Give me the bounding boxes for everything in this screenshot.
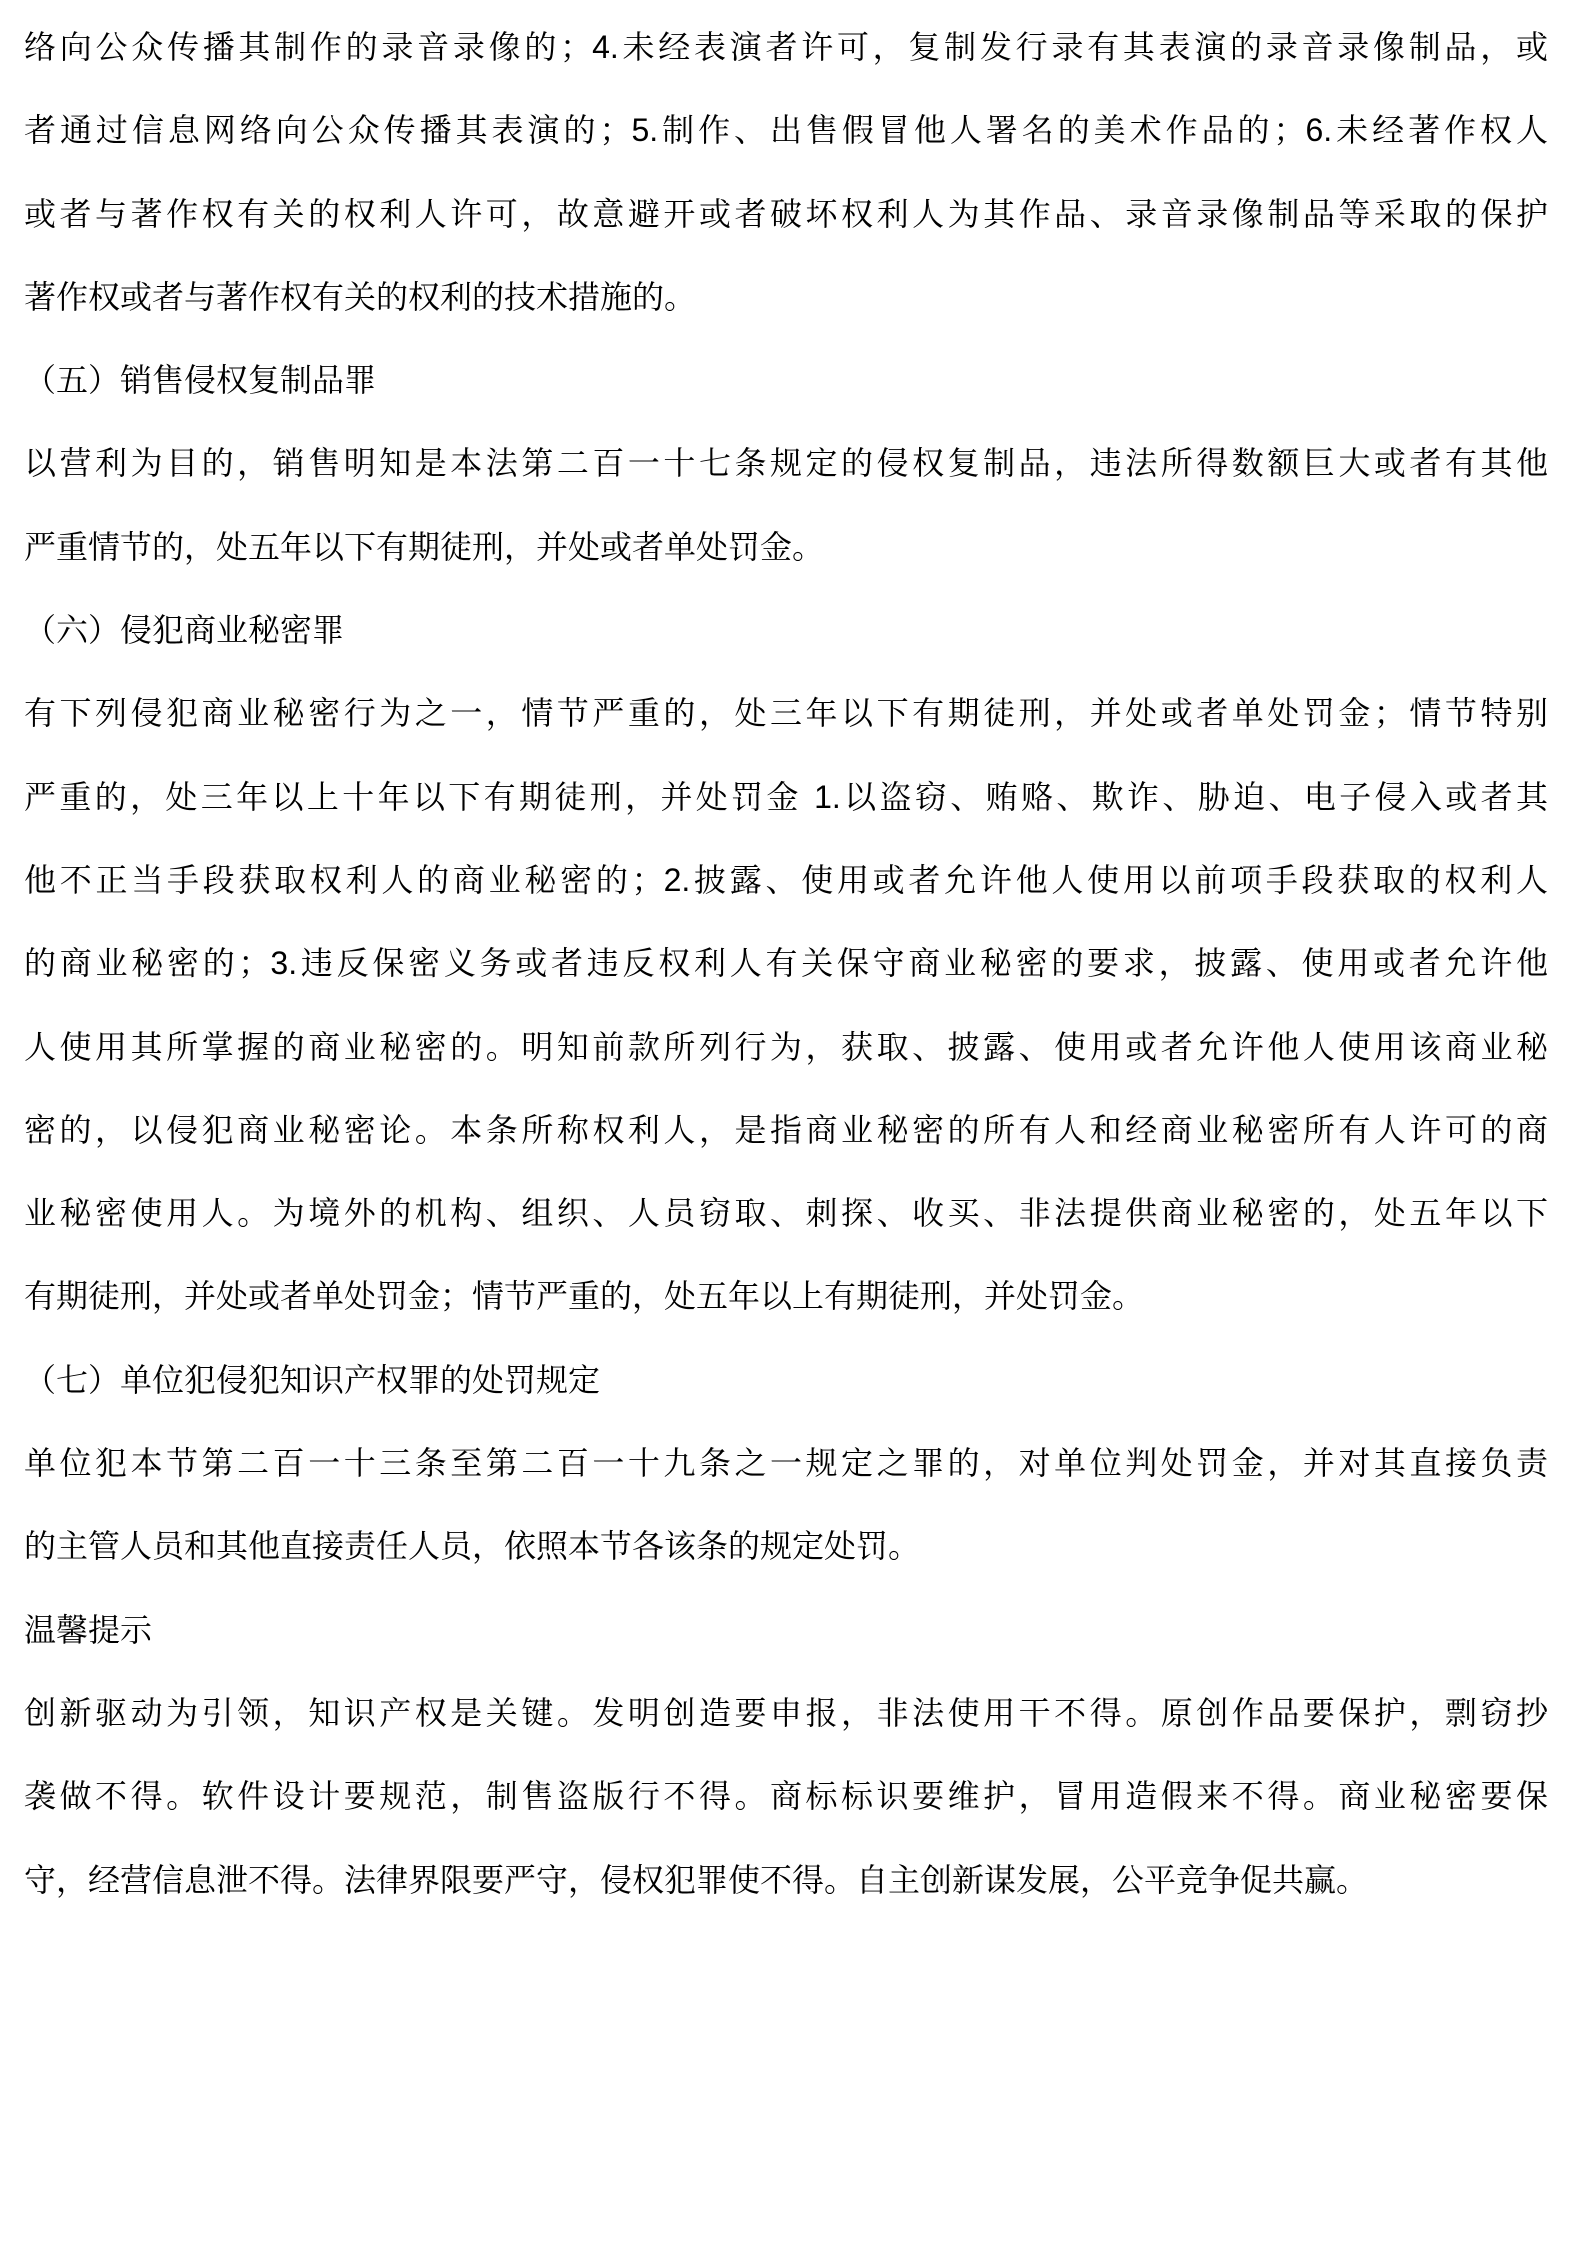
body-text-line: 人使用其所掌握的商业秘密的。明知前款所列行为，获取、披露、使用或者允许他人使用该… xyxy=(24,1006,1548,1089)
body-text-line: 的主管人员和其他直接责任人员，依照本节各该条的规定处罚。 xyxy=(24,1505,1548,1588)
body-text-line: 他不正当手段获取权利人的商业秘密的；2.披露、使用或者允许他人使用以前项手段获取… xyxy=(24,839,1548,922)
body-text-line: 有期徒刑，并处或者单处罚金；情节严重的，处五年以上有期徒刑，并处罚金。 xyxy=(24,1255,1548,1338)
body-text-line: 创新驱动为引领，知识产权是关键。发明创造要申报，非法使用干不得。原创作品要保护，… xyxy=(24,1672,1548,1755)
body-text-line: 严重的，处三年以上十年以下有期徒刑，并处罚金 1.以盗窃、贿赂、欺诈、胁迫、电子… xyxy=(24,756,1548,839)
body-text-line: 的商业秘密的；3.违反保密义务或者违反权利人有关保守商业秘密的要求，披露、使用或… xyxy=(24,922,1548,1005)
body-text-line: 者通过信息网络向公众传播其表演的；5.制作、出售假冒他人署名的美术作品的；6.未… xyxy=(24,89,1548,172)
body-text-line: 或者与著作权有关的权利人许可，故意避开或者破坏权利人为其作品、录音录像制品等采取… xyxy=(24,173,1548,256)
body-text-line: 袭做不得。软件设计要规范，制售盗版行不得。商标标识要维护，冒用造假来不得。商业秘… xyxy=(24,1755,1548,1838)
document-page: 络向公众传播其制作的录音录像的；4.未经表演者许可，复制发行录有其表演的录音录像… xyxy=(0,0,1587,2245)
body-text-line: 守，经营信息泄不得。法律界限要严守，侵权犯罪使不得。自主创新谋发展，公平竞争促共… xyxy=(24,1839,1548,1922)
heading-line: （五）销售侵权复制品罪 xyxy=(24,339,1548,422)
document-body: 络向公众传播其制作的录音录像的；4.未经表演者许可，复制发行录有其表演的录音录像… xyxy=(24,6,1548,1922)
body-text-line: 有下列侵犯商业秘密行为之一，情节严重的，处三年以下有期徒刑，并处或者单处罚金；情… xyxy=(24,672,1548,755)
body-text-line: 单位犯本节第二百一十三条至第二百一十九条之一规定之罪的，对单位判处罚金，并对其直… xyxy=(24,1422,1548,1505)
heading-line: 温馨提示 xyxy=(24,1589,1548,1672)
body-text-line: 密的，以侵犯商业秘密论。本条所称权利人，是指商业秘密的所有人和经商业秘密所有人许… xyxy=(24,1089,1548,1172)
heading-line: （六）侵犯商业秘密罪 xyxy=(24,589,1548,672)
body-text-line: 络向公众传播其制作的录音录像的；4.未经表演者许可，复制发行录有其表演的录音录像… xyxy=(24,6,1548,89)
body-text-line: 著作权或者与著作权有关的权利的技术措施的。 xyxy=(24,256,1548,339)
body-text-line: 业秘密使用人。为境外的机构、组织、人员窃取、刺探、收买、非法提供商业秘密的，处五… xyxy=(24,1172,1548,1255)
body-text-line: 以营利为目的，销售明知是本法第二百一十七条规定的侵权复制品，违法所得数额巨大或者… xyxy=(24,422,1548,505)
heading-line: （七）单位犯侵犯知识产权罪的处罚规定 xyxy=(24,1339,1548,1422)
body-text-line: 严重情节的，处五年以下有期徒刑，并处或者单处罚金。 xyxy=(24,506,1548,589)
